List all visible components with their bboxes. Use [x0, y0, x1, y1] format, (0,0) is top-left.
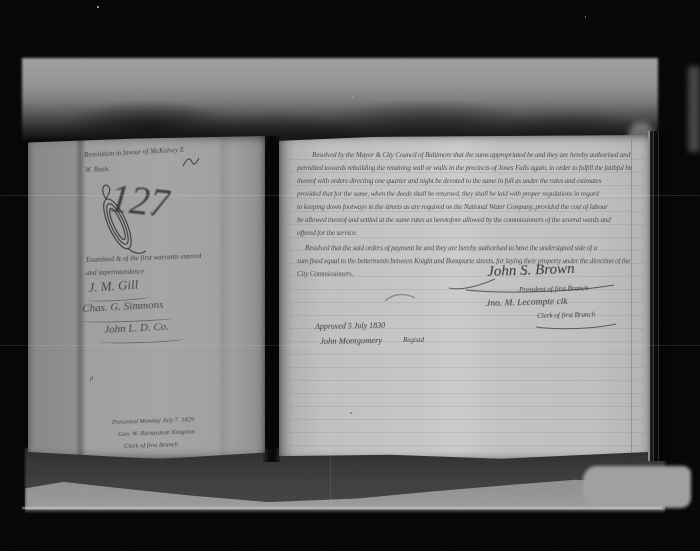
resolution-p1-line: be allowed thereof and settled at the sa…	[297, 217, 632, 224]
docket-title-line2: W. Rash.	[85, 166, 110, 174]
resolution-p2-line: Resolved that the said orders of payment…	[305, 245, 632, 252]
signature-flourish	[100, 337, 184, 345]
left-signature-3: John L. D. Co.	[104, 322, 169, 336]
film-scratch-line	[0, 345, 700, 346]
book-top-edge-shadow	[22, 58, 658, 146]
film-scratch-line-vertical	[330, 140, 331, 510]
president-signature: John S. Brown	[487, 262, 575, 280]
docket-title-line1: Resolution in favour of McKelvey Esq	[84, 147, 184, 159]
dust-speck	[352, 96, 354, 98]
approved-line: Approved 5 July 1830	[315, 322, 385, 331]
resolution-p2-line: sum fixed equal to the betterments betwe…	[297, 258, 632, 265]
resolution-p1-line: to keeping down footways in the streets …	[297, 204, 632, 211]
filed-line2: Geo. W. Richardson Kingston	[118, 429, 195, 438]
page-stack-edges	[648, 131, 670, 461]
resolution-p1-line: Resolved by the Mayor & City Council of …	[312, 152, 632, 159]
book-gutter	[263, 136, 280, 462]
film-scratch-line	[0, 195, 700, 196]
microfilm-scan: Resolution in favour of McKelvey Esq W. …	[0, 0, 700, 551]
film-bottom-line	[22, 507, 662, 509]
resolution-p1-line: permitted towards rebuilding the retaini…	[297, 165, 632, 172]
right-resolution-page: Resolved by the Mayor & City Council of …	[279, 135, 650, 460]
docket-number: 127	[108, 178, 172, 224]
pen-check-mark	[181, 154, 201, 170]
ink-speck	[150, 212, 152, 214]
filed-line1: Presented Monday July 7. 1829	[112, 417, 194, 426]
page-corner-tab	[583, 466, 691, 508]
resolution-p1-line: thereof with orders directing one quarte…	[297, 178, 632, 185]
left-signature-2: Chas. G. Simmons	[82, 300, 164, 315]
dust-speck	[97, 6, 99, 8]
signature-underline-flourish	[534, 322, 618, 330]
film-edge-sliver	[688, 66, 700, 152]
ink-speck	[524, 273, 526, 275]
left-signature-1: J. M. Gill	[88, 278, 139, 294]
filed-line3: Clerk of first Branch	[124, 442, 178, 450]
pencil-smudge-mark	[383, 291, 417, 303]
mayor-note: Registd	[403, 337, 424, 344]
pen-notation: ji	[90, 376, 93, 382]
page-margin-line	[631, 139, 632, 455]
resolution-p2-line: City Commissioners.	[297, 271, 353, 278]
ink-speck	[350, 412, 352, 414]
left-docket-page: Resolution in favour of McKelvey Esq W. …	[28, 136, 265, 459]
resolution-p1-line: offered for the service.	[297, 230, 357, 237]
examined-line2: and superintendence	[86, 268, 144, 277]
dust-speck	[585, 16, 586, 18]
